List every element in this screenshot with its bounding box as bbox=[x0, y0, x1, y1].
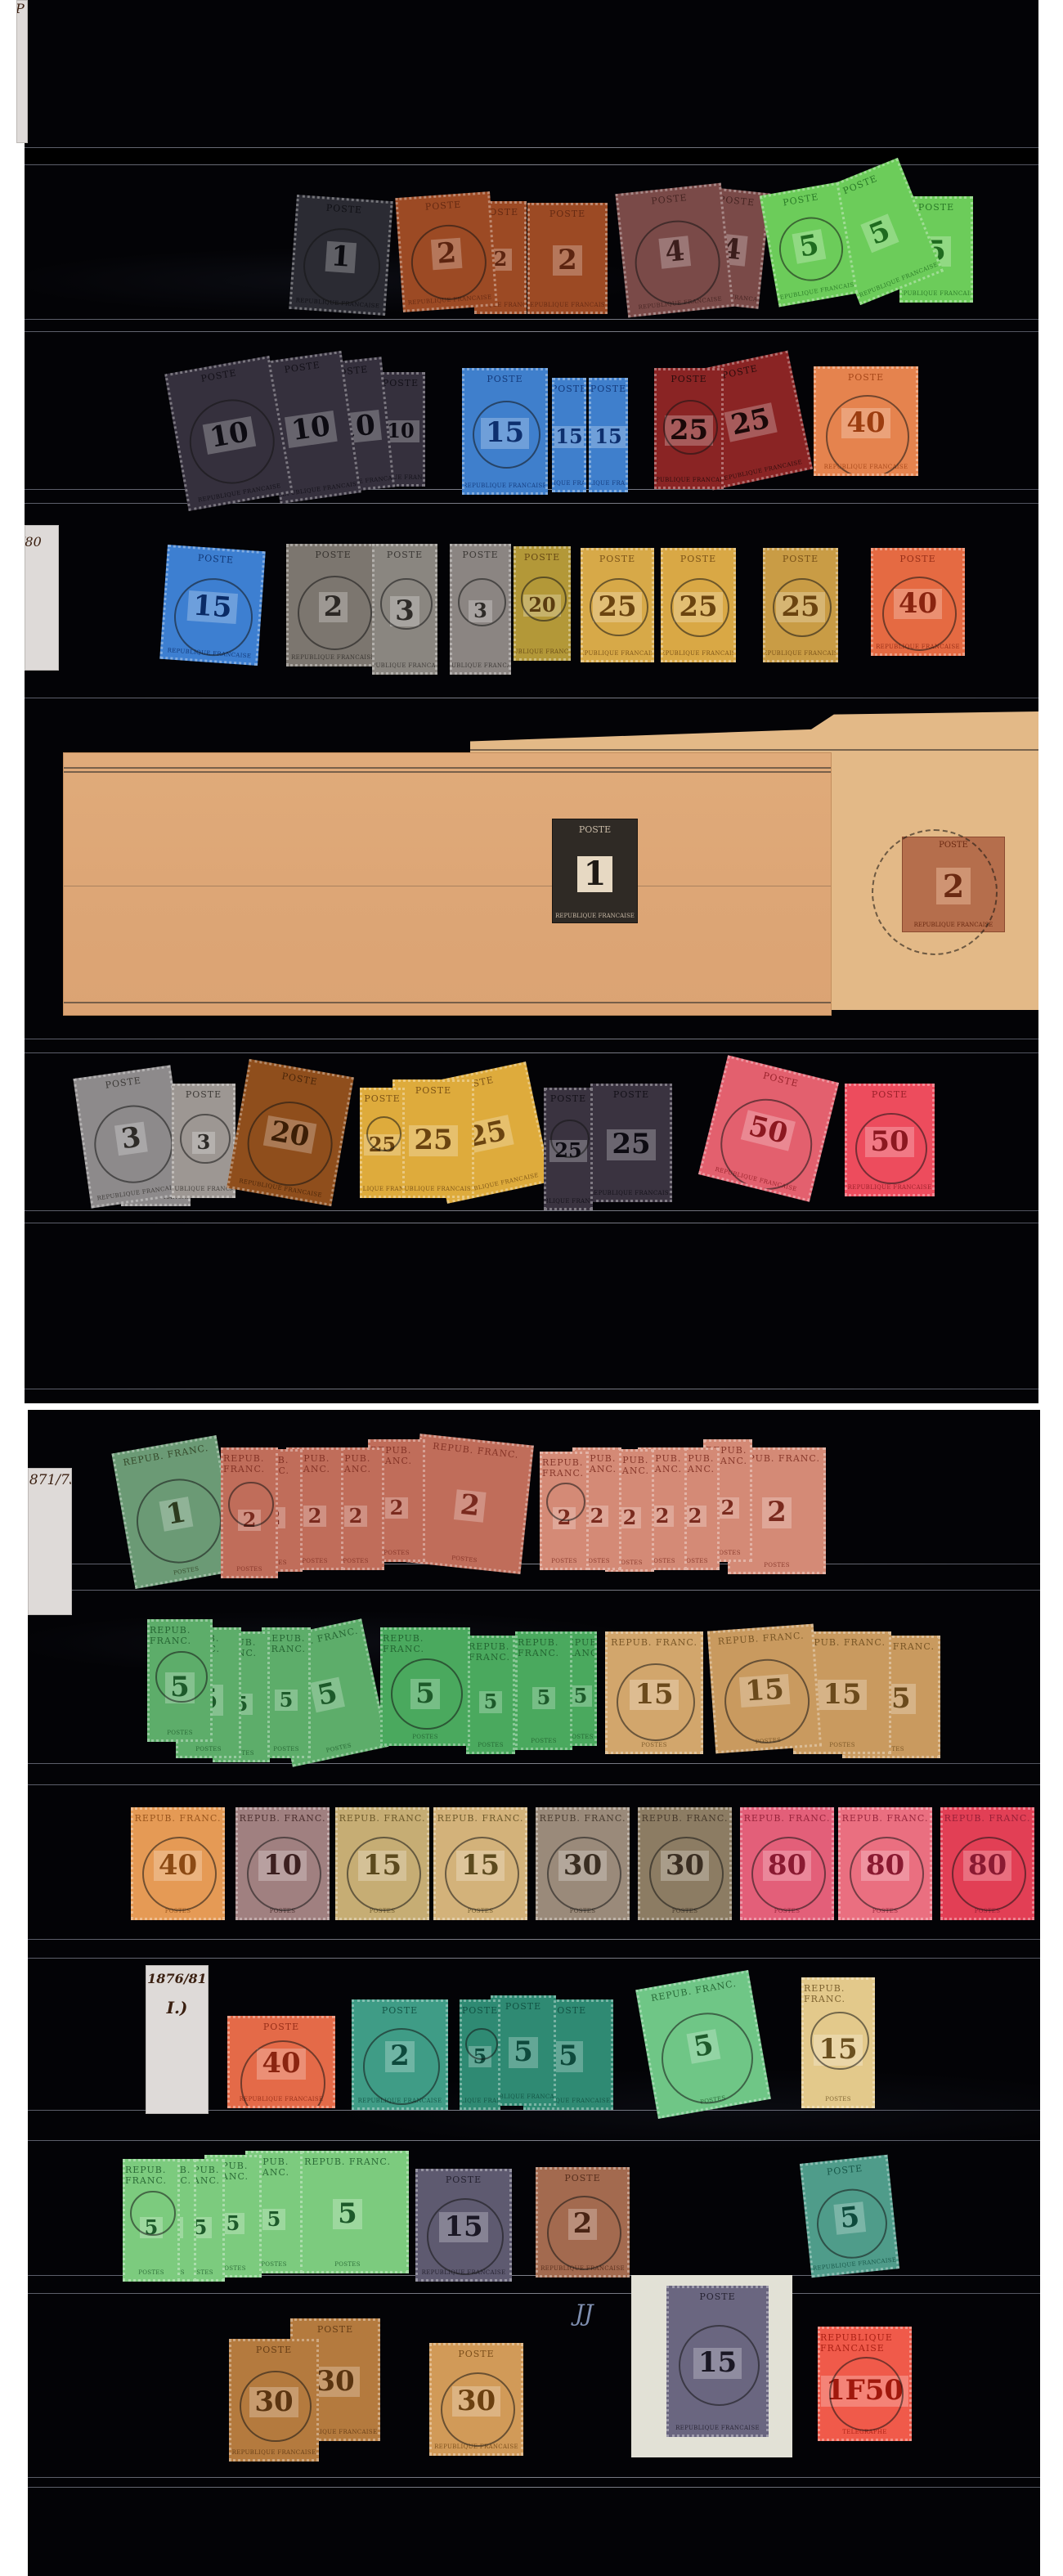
stamp: POSTE15REPUBLIQUE FRANCAISE bbox=[666, 2286, 769, 2437]
stamp-footer: REPUBLIQUE FRANCAISE bbox=[899, 290, 973, 297]
stamp-footer: REPUBLIQUE FRANCAISE bbox=[527, 302, 608, 308]
stamp-footer: REPUBLIQUE FRANCAISE bbox=[291, 654, 375, 661]
stamp: POSTE4REPUBLIQUE FRANCAISE bbox=[615, 183, 733, 318]
postmark bbox=[130, 1472, 228, 1570]
stamp-footer: POSTES bbox=[195, 1746, 222, 1752]
stamp-header: POSTE bbox=[186, 1089, 222, 1100]
stamp: POSTE5REPUBLIQUE FRANCAISE bbox=[800, 2155, 899, 2278]
stamp: POSTE2REPUBLIQUE FRANCAISE bbox=[395, 191, 497, 312]
stamp-header: REPUB. FRANC. bbox=[804, 1983, 872, 2004]
stamp-footer: POSTES bbox=[383, 1550, 410, 1556]
strip-divider bbox=[28, 1784, 1040, 1785]
stamp-footer: REPUBLIQUE FRANCAISE bbox=[232, 2449, 316, 2456]
strip-divider bbox=[28, 1590, 1040, 1591]
postmark bbox=[347, 1837, 421, 1911]
stamp-header: POSTE bbox=[590, 384, 626, 394]
stamp: POSTE30REPUBLIQUE FRANCAISE bbox=[429, 2343, 523, 2456]
stamp-denomination: 5 bbox=[333, 2199, 362, 2229]
stamp-footer: POSTES bbox=[236, 1566, 262, 1573]
stamp-denomination: 5 bbox=[554, 2041, 583, 2071]
stamp-header: REPUB. FRANC. bbox=[339, 1813, 426, 1824]
strip-divider bbox=[25, 1223, 1038, 1223]
stamp-header: POSTE bbox=[383, 378, 419, 388]
stamp-header: POSTE bbox=[549, 209, 585, 219]
wrapper-rule bbox=[64, 1002, 831, 1003]
stamp-footer: REPUBLIQUE FRANCAISE bbox=[460, 2098, 500, 2104]
wrapper-imprint-stamp: POSTE 2 REPUBLIQUE FRANCAISE bbox=[902, 837, 1005, 932]
imprint-footer: REPUBLIQUE FRANCAISE bbox=[555, 913, 635, 919]
strip-divider bbox=[25, 331, 1038, 332]
stamp-denomination: 5 bbox=[310, 1676, 345, 1712]
stamp: POSTE5REPUBLIQUE FRANCAISE bbox=[491, 1995, 556, 2106]
strip-divider bbox=[25, 1052, 1038, 1053]
stamp: POSTE25REPUBLIQUE FRANCAISE bbox=[763, 548, 838, 662]
label-card: P bbox=[16, 0, 28, 143]
postmark bbox=[649, 1837, 724, 1911]
postmark bbox=[829, 2357, 904, 2431]
postmark bbox=[298, 576, 372, 650]
postmark bbox=[228, 1482, 273, 1527]
stamp-header: POSTE bbox=[613, 1089, 649, 1100]
stamp: REPUB. FRANC.2POSTES bbox=[540, 1452, 589, 1570]
stamp-footer: REPUBLIQUE FRANCAISE bbox=[661, 650, 736, 657]
stamp-header: REPUB. FRANC. bbox=[542, 1457, 586, 1479]
stamp-header: REPUB. FRANC. bbox=[437, 1813, 524, 1824]
stamp-header: REPUB. FRANC. bbox=[540, 1813, 626, 1824]
stamp-header: REPUB. FRANC. bbox=[518, 1637, 570, 1658]
postmark bbox=[363, 2028, 440, 2105]
stamp-header: POSTE bbox=[651, 192, 688, 207]
stamp-footer: POSTES bbox=[478, 1742, 504, 1748]
postmark bbox=[301, 225, 383, 307]
stamp: REPUBLIQUE FRANCAISE1F50TELEGRAPHE bbox=[818, 2327, 912, 2441]
stamp: REPUB. FRANC.10POSTES bbox=[235, 1807, 330, 1920]
stamp-header: REPUB. FRANC. bbox=[125, 2165, 177, 2186]
stamp-header: POSTE bbox=[364, 1093, 400, 1104]
stamp-header: POSTE bbox=[552, 384, 586, 394]
stamp-footer: REPUBLIQUE FRANCAISE bbox=[463, 482, 547, 489]
stamp-header: POSTE bbox=[256, 2345, 292, 2355]
stamp-header: POSTE bbox=[197, 553, 234, 566]
pencil-mark: JJ bbox=[575, 2300, 593, 2327]
stamp-header: POSTE bbox=[382, 2005, 418, 2016]
stamp: POSTE2REPUBLIQUE FRANCAISE bbox=[352, 1999, 448, 2110]
stamp-header: POSTE bbox=[718, 194, 755, 209]
strip-divider bbox=[28, 1958, 1040, 1959]
stamp-header: REPUB. FRANC. bbox=[150, 1625, 210, 1646]
stamp-header: POSTE bbox=[263, 2022, 299, 2032]
postmark bbox=[427, 2198, 504, 2275]
stamp-header: REPUB. FRANC. bbox=[842, 1813, 929, 1824]
stamp-denomination: 15 bbox=[590, 426, 626, 447]
stamp-denomination: 5 bbox=[262, 2209, 286, 2230]
stamp-footer: REPUBLIQUE FRANCAISE bbox=[813, 2256, 897, 2272]
stamp: REPUB. FRANC.15POSTES bbox=[605, 1631, 703, 1754]
stamp-denomination: 5 bbox=[479, 1691, 503, 1712]
strip-divider bbox=[25, 1210, 1038, 1211]
stamp: REPUB. FRANC.15POSTES bbox=[801, 1977, 875, 2108]
label-card: 1871/73 bbox=[28, 1468, 72, 1615]
postmark bbox=[465, 2028, 497, 2060]
wrapper-rule bbox=[64, 767, 831, 769]
imprint-denomination: 1 bbox=[577, 856, 613, 892]
stamp-footer: POSTES bbox=[167, 1730, 193, 1736]
stamp-denomination: 15 bbox=[818, 1680, 866, 1710]
stamp-footer: REPUBLIQUE FRANCAISE bbox=[675, 2425, 760, 2431]
strip-divider bbox=[25, 1039, 1038, 1039]
stamp: POSTE30REPUBLIQUE FRANCAISE bbox=[229, 2339, 319, 2462]
strip-divider bbox=[25, 319, 1038, 320]
stamp-header: REPUB. FRANC. bbox=[744, 1813, 831, 1824]
postmark bbox=[814, 2185, 890, 2262]
stamp: REPUB. FRANC.5POSTES bbox=[286, 2151, 409, 2273]
stamp-denomination: 25 bbox=[724, 402, 778, 442]
stamp: POSTE3REPUBLIQUE FRANCAISE bbox=[172, 1084, 235, 1198]
stamp-footer: REPUBLIQUE FRANCAISE bbox=[491, 2094, 556, 2100]
stamp: POSTE20REPUBLIQUE FRANCAISE bbox=[514, 546, 571, 661]
wrapper-rule bbox=[64, 886, 831, 886]
stamp-header: REPUB. FRANC. bbox=[433, 1441, 520, 1461]
stamp-denomination: 25 bbox=[409, 1125, 457, 1156]
stamp-footer: POSTES bbox=[641, 1742, 667, 1748]
postmark bbox=[183, 393, 281, 491]
stamp-header: REPUB. FRANC. bbox=[264, 1633, 308, 1654]
postmark bbox=[409, 222, 489, 302]
stamp: POSTE25REPUBLIQUE FRANCAISE bbox=[661, 548, 736, 662]
postmark bbox=[952, 1837, 1026, 1911]
stamp-denomination: 5 bbox=[509, 2037, 538, 2067]
stamp-footer: REPUBLIQUE FRANCAISE bbox=[581, 650, 654, 657]
stamp-footer: POSTES bbox=[273, 1746, 299, 1752]
stamp: POSTE3REPUBLIQUE FRANCAISE bbox=[372, 544, 437, 675]
postmark bbox=[547, 1837, 621, 1911]
stamp-denomination: 15 bbox=[552, 426, 586, 447]
stamp: POSTE15REPUBLIQUE FRANCAISE bbox=[159, 545, 265, 666]
stamp-denomination: 5 bbox=[275, 1690, 298, 1711]
postmark bbox=[445, 1837, 519, 1911]
stamp-footer: POSTES bbox=[334, 2261, 361, 2268]
stamp: POSTE15REPUBLIQUE FRANCAISE bbox=[415, 2169, 512, 2282]
stamp: POSTE25REPUBLIQUE FRANCAISE bbox=[360, 1088, 405, 1198]
stamp-header: REPUB. FRANC. bbox=[223, 1453, 276, 1474]
imprint-poste-text: POSTE bbox=[579, 824, 611, 835]
stamp-footer: POSTES bbox=[302, 1558, 328, 1564]
postmark bbox=[663, 400, 718, 455]
stamp: POSTE2REPUBLIQUE FRANCAISE bbox=[536, 2167, 630, 2278]
stamp: POSTE50REPUBLIQUE FRANCAISE bbox=[845, 1084, 935, 1196]
stamp: POSTE1REPUBLIQUE FRANCAISE bbox=[289, 195, 392, 316]
stamp: REPUB. FRANC.5POSTES bbox=[147, 1619, 213, 1742]
stamp: POSTE20REPUBLIQUE FRANCAISE bbox=[227, 1059, 354, 1206]
label-card: /80 bbox=[25, 525, 59, 671]
stamp-header: REPUB. FRANC. bbox=[240, 1813, 326, 1824]
postmark bbox=[172, 575, 255, 658]
postmark bbox=[441, 2372, 515, 2447]
stamp: REPUB. FRANC.5POSTES bbox=[123, 2159, 180, 2282]
stamp-header: POSTE bbox=[458, 2349, 494, 2359]
postmark bbox=[89, 1100, 177, 1188]
stamp-footer: POSTES bbox=[825, 2096, 851, 2103]
label-text: I.) bbox=[146, 1998, 208, 2017]
label-text: /80 bbox=[25, 534, 58, 550]
wrapper-rule bbox=[64, 771, 831, 773]
strip-divider bbox=[28, 1939, 1040, 1940]
stamp: REPUB. FRANC.2POSTES bbox=[406, 1434, 534, 1574]
stamp-header: REPUB. FRANC. bbox=[135, 1813, 222, 1824]
postmark bbox=[810, 2012, 868, 2070]
stamp-header: POSTE bbox=[899, 554, 935, 564]
stamp-footer: POSTES bbox=[551, 1558, 577, 1564]
stamp-header: POSTE bbox=[671, 374, 706, 384]
stamp-footer: POSTES bbox=[325, 1742, 352, 1753]
postmark bbox=[850, 1837, 924, 1911]
postmark bbox=[241, 1094, 339, 1192]
stamp-header: POSTE bbox=[387, 550, 423, 560]
postmark bbox=[546, 1483, 585, 1521]
postmark bbox=[458, 578, 506, 626]
stamp: REPUB. FRANC.80POSTES bbox=[940, 1807, 1034, 1920]
stamp: POSTE40REPUBLIQUE FRANCAISE bbox=[871, 548, 965, 656]
stamp-header: POSTE bbox=[550, 1093, 586, 1104]
stamp-header: POSTE bbox=[721, 363, 759, 381]
stamp: REPUB. FRANC.15POSTES bbox=[433, 1807, 527, 1920]
label-text: P bbox=[16, 1, 27, 16]
stamp-footer: REPUBLIQUE FRANCAISE bbox=[763, 650, 838, 657]
postmark bbox=[473, 401, 540, 469]
stamp-header: REPUB. FRANC. bbox=[717, 1630, 805, 1646]
stamp-header: POSTE bbox=[848, 372, 884, 383]
stamp-denomination: 2 bbox=[454, 1489, 486, 1523]
stamp-denomination: 2 bbox=[303, 1506, 327, 1527]
stamp: REPUB. FRANC.15POSTES bbox=[707, 1624, 822, 1754]
stamp-footer: REPUBLIQUE FRANCAISE bbox=[372, 662, 437, 669]
stamp-header: POSTE bbox=[315, 550, 351, 560]
postmark bbox=[671, 578, 730, 638]
stamp: REPUB. FRANC.30POSTES bbox=[536, 1807, 630, 1920]
stamp-footer: POSTES bbox=[138, 2269, 164, 2276]
stamp-header: POSTE bbox=[524, 552, 560, 563]
stamp-header: POSTE bbox=[105, 1075, 142, 1091]
stamp-header: POSTE bbox=[415, 1085, 451, 1096]
stamp-footer: POSTES bbox=[764, 1562, 790, 1568]
stamp-header: REPUB. FRANC. bbox=[642, 1813, 729, 1824]
strip-divider bbox=[28, 2487, 1040, 2488]
stamp-footer: REPUBLIQUE FRANCAISE bbox=[848, 1184, 932, 1191]
stamp-header: POSTE bbox=[284, 360, 321, 375]
label-text: 1871/73 bbox=[28, 1472, 71, 1488]
postmark bbox=[155, 1651, 207, 1703]
stamp-header: POSTE bbox=[918, 202, 954, 213]
stamp-footer: POSTES bbox=[343, 1558, 369, 1564]
postmark bbox=[247, 1837, 321, 1911]
stamp-footer: REPUBLIQUE FRANCAISE bbox=[590, 1190, 672, 1196]
stamp-denomination: 25 bbox=[607, 1129, 655, 1160]
stamp: POSTE25REPUBLIQUE FRANCAISE bbox=[581, 548, 654, 662]
stamp-header: REPUB. FRANC. bbox=[304, 2156, 391, 2167]
stamp-footer: POSTES bbox=[412, 1734, 438, 1740]
stamp-footer: POSTES bbox=[261, 2261, 287, 2268]
strip-divider bbox=[28, 1763, 1040, 1764]
postmark bbox=[751, 1837, 826, 1911]
newspaper-wrapper: POSTE 1 REPUBLIQUE FRANCAISE bbox=[63, 752, 832, 1016]
stamp-denomination: 5 bbox=[860, 213, 899, 253]
strip-divider bbox=[28, 2293, 1040, 2294]
stamp-footer: POSTES bbox=[829, 1742, 855, 1748]
postmark bbox=[617, 1663, 694, 1741]
stamp: POSTE15REPUBLIQUE FRANCAISE bbox=[589, 378, 628, 492]
stamp-footer: REPUBLIQUE FRANCAISE bbox=[654, 477, 724, 483]
stamp-header: POSTE bbox=[487, 374, 523, 384]
stamp-header: POSTE bbox=[462, 550, 498, 560]
postmark bbox=[391, 1658, 462, 1730]
stamp: REPUB. FRANC.80POSTES bbox=[838, 1807, 932, 1920]
postmark bbox=[773, 578, 832, 638]
postmark bbox=[547, 2196, 621, 2270]
stamp: REPUB. FRANC.30POSTES bbox=[638, 1807, 732, 1920]
stamp: POSTE2REPUBLIQUE FRANCAISE bbox=[527, 203, 608, 314]
stamp-denomination: 2 bbox=[344, 1506, 368, 1527]
stamp-footer: REPUBLIQUE FRANCAISE bbox=[589, 480, 628, 487]
postmark bbox=[521, 577, 566, 622]
stamp: POSTE40REPUBLIQUE FRANCAISE bbox=[227, 2016, 335, 2108]
postmark bbox=[774, 212, 848, 285]
stamp-footer: POSTES bbox=[173, 1565, 200, 1576]
postmark bbox=[590, 578, 648, 636]
stamp: POSTE15REPUBLIQUE FRANCAISE bbox=[552, 378, 586, 492]
strip-divider bbox=[25, 698, 1038, 698]
label-text: 1876/81 bbox=[146, 1971, 208, 1986]
stamp-header: POSTE bbox=[599, 554, 635, 564]
stamp-header: POSTE bbox=[564, 2173, 600, 2183]
postmark bbox=[380, 578, 432, 630]
stamp-header: POSTE bbox=[782, 191, 819, 209]
stamp-header: POSTE bbox=[325, 203, 362, 216]
stamp-header: REPUB. FRANC. bbox=[611, 1637, 697, 1648]
stamp-header: POSTE bbox=[462, 2005, 498, 2016]
stamp-denomination: 2 bbox=[385, 1497, 409, 1519]
postmark bbox=[130, 2191, 175, 2236]
stamp-header: POSTE bbox=[826, 2163, 863, 2178]
wrapper-imprint-stamp: POSTE 1 REPUBLIQUE FRANCAISE bbox=[552, 819, 638, 923]
stamp-header: POSTE bbox=[872, 1089, 908, 1100]
postmark bbox=[180, 1114, 231, 1165]
postmark bbox=[855, 1113, 926, 1184]
stamp: REPUB. FRANC.5POSTES bbox=[380, 1627, 470, 1746]
postmark bbox=[655, 2005, 760, 2111]
stamp-header: REPUBLIQUE FRANCAISE bbox=[820, 2332, 909, 2354]
stamp-footer: REPUBLIQUE FRANCAISE bbox=[544, 1198, 593, 1205]
stamp-denomination: 5 bbox=[532, 1687, 556, 1708]
strip-divider bbox=[25, 1389, 1038, 1389]
stamp-header: REPUB. FRANC. bbox=[383, 1633, 468, 1654]
stamp: POSTE5REPUBLIQUE FRANCAISE bbox=[460, 1999, 500, 2110]
postmark bbox=[722, 1656, 812, 1746]
postmark bbox=[142, 1837, 217, 1911]
stamp: POSTE25REPUBLIQUE FRANCAISE bbox=[392, 1079, 474, 1198]
stamp-denomination: 2 bbox=[553, 245, 582, 276]
stamp-denomination: 10 bbox=[285, 411, 337, 447]
strip-divider bbox=[28, 2477, 1040, 2478]
stamp-denomination: 2 bbox=[762, 1497, 792, 1528]
stamp: REPUB. FRANC.80POSTES bbox=[740, 1807, 834, 1920]
stamp: POSTE25REPUBLIQUE FRANCAISE bbox=[544, 1088, 593, 1210]
postmark bbox=[240, 2040, 326, 2108]
postmark bbox=[240, 2371, 311, 2442]
stamp-footer: REPUBLIQUE FRANCAISE bbox=[552, 480, 586, 487]
stamp-footer: REPUBLIQUE FRANCAISE bbox=[450, 662, 511, 669]
postmark bbox=[872, 829, 998, 955]
stamp: REPUB. FRANC.15POSTES bbox=[335, 1807, 429, 1920]
stamp-footer: POSTES bbox=[531, 1738, 557, 1744]
stamp-header: POSTE bbox=[680, 554, 716, 564]
stamp-footer: REPUBLIQUE FRANCAISE bbox=[392, 1186, 474, 1192]
stamp-header: REPUB. FRANC. bbox=[469, 1641, 513, 1663]
stamp-header: POSTE bbox=[783, 554, 819, 564]
stamp-header: POSTE bbox=[424, 200, 461, 213]
stamp-footer: POSTES bbox=[451, 1555, 478, 1564]
postmark bbox=[882, 577, 957, 651]
stamp-footer: REPUBLIQUE FRANCAISE bbox=[360, 1186, 405, 1192]
stamp: POSTE3REPUBLIQUE FRANCAISE bbox=[450, 544, 511, 675]
label-card: 1876/81 I.) bbox=[146, 1965, 209, 2114]
postmark bbox=[679, 2325, 760, 2406]
wrapper-rule bbox=[470, 749, 1038, 751]
stamp-header: POSTE bbox=[699, 2291, 735, 2302]
postmark bbox=[631, 216, 724, 308]
stamp: REPUB. FRANC.5POSTES bbox=[515, 1631, 572, 1750]
postmark bbox=[826, 395, 909, 476]
stamp: POSTE25REPUBLIQUE FRANCAISE bbox=[654, 368, 724, 489]
stamp: REPUB. FRANC.5POSTES bbox=[635, 1970, 771, 2119]
stamp-header: POSTE bbox=[505, 2001, 541, 2012]
stamp: POSTE2REPUBLIQUE FRANCAISE bbox=[286, 544, 380, 666]
stamp-footer: REPUBLIQUE FRANCAISE bbox=[514, 648, 571, 655]
stamp-header: POSTE bbox=[762, 1070, 800, 1089]
stamp: POSTE25REPUBLIQUE FRANCAISE bbox=[590, 1084, 672, 1202]
stamp: REPUB. FRANC.40POSTES bbox=[131, 1807, 225, 1920]
stamp: POSTE40REPUBLIQUE FRANCAISE bbox=[814, 366, 918, 476]
stamp-header: POSTE bbox=[200, 367, 238, 384]
stamp-header: POSTE bbox=[281, 1070, 319, 1088]
strip-divider bbox=[25, 503, 1038, 504]
strip-divider bbox=[28, 2140, 1040, 2141]
stamp-header: POSTE bbox=[317, 2324, 353, 2335]
stamp-header: POSTE bbox=[446, 2174, 482, 2185]
stamp: REPUB. FRANC.2POSTES bbox=[221, 1447, 278, 1578]
postmark bbox=[550, 1120, 589, 1158]
stamp: REPUB. FRANC.5POSTES bbox=[466, 1636, 515, 1754]
stamp: POSTE15REPUBLIQUE FRANCAISE bbox=[462, 368, 548, 495]
stamp-header: REPUB. FRANC. bbox=[944, 1813, 1031, 1824]
